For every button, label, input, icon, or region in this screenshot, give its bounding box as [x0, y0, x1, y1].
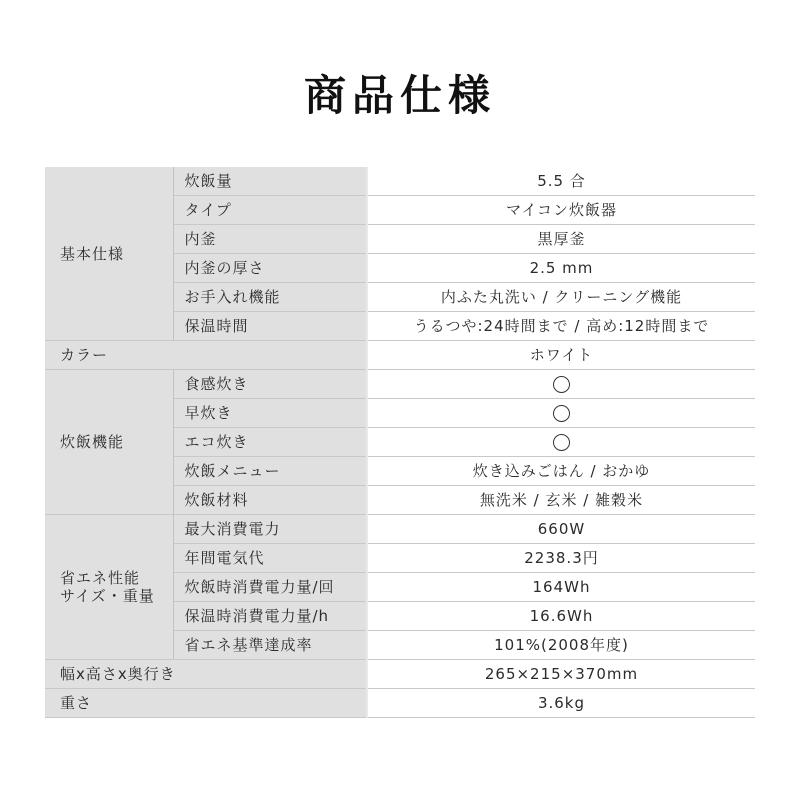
group-label-cooking: 炊飯機能 [45, 370, 173, 515]
circle-icon [553, 434, 570, 451]
row-label: 炊飯量 [173, 167, 367, 196]
row-value: うるつや:24時間まで / 高め:12時間まで [367, 312, 755, 341]
row-value: 炊き込みごはん / おかゆ [367, 457, 755, 486]
row-label: 早炊き [173, 399, 367, 428]
table-row: カラー ホワイト [45, 341, 755, 370]
group-label-energy: 省エネ性能 サイズ・重量 [45, 515, 173, 660]
row-label: 年間電気代 [173, 544, 367, 573]
table-row: 省エネ性能 サイズ・重量 最大消費電力 660W [45, 515, 755, 544]
row-label: 炊飯メニュー [173, 457, 367, 486]
circle-icon [553, 405, 570, 422]
row-value: 黒厚釜 [367, 225, 755, 254]
circle-icon [553, 376, 570, 393]
row-value-dimensions: 265×215×370mm [367, 660, 755, 689]
row-label: 保温時間 [173, 312, 367, 341]
row-label-weight: 重さ [45, 689, 367, 718]
row-label: 保温時消費電力量/h [173, 602, 367, 631]
row-label: エコ炊き [173, 428, 367, 457]
row-value: 内ふた丸洗い / クリーニング機能 [367, 283, 755, 312]
row-value: 164Wh [367, 573, 755, 602]
row-value-weight: 3.6kg [367, 689, 755, 718]
row-label: 炊飯時消費電力量/回 [173, 573, 367, 602]
row-value-color: ホワイト [367, 341, 755, 370]
row-value: 101%(2008年度) [367, 631, 755, 660]
table-row: 重さ 3.6kg [45, 689, 755, 718]
group-label-line: サイズ・重量 [60, 587, 173, 605]
row-value: 16.6Wh [367, 602, 755, 631]
row-label: 炊飯材料 [173, 486, 367, 515]
row-value [367, 370, 755, 399]
row-label: 食感炊き [173, 370, 367, 399]
row-label-dimensions: 幅x高さx奥行き [45, 660, 367, 689]
table-row: 炊飯機能 食感炊き [45, 370, 755, 399]
row-label: 最大消費電力 [173, 515, 367, 544]
table-row: 幅x高さx奥行き 265×215×370mm [45, 660, 755, 689]
page-title: 商品仕様 [0, 66, 800, 126]
group-label-line: 省エネ性能 [60, 569, 173, 587]
row-value: 660W [367, 515, 755, 544]
row-value: マイコン炊飯器 [367, 196, 755, 225]
row-value [367, 428, 755, 457]
row-value: 5.5 合 [367, 167, 755, 196]
row-value: 2238.3円 [367, 544, 755, 573]
spec-table: 基本仕様 炊飯量 5.5 合 タイプ マイコン炊飯器 内釜 黒厚釜 内釜の厚さ … [45, 167, 755, 718]
row-label: 内釜 [173, 225, 367, 254]
row-value: 無洗米 / 玄米 / 雑穀米 [367, 486, 755, 515]
row-label: タイプ [173, 196, 367, 225]
row-label: 省エネ基準達成率 [173, 631, 367, 660]
row-value [367, 399, 755, 428]
table-row: 基本仕様 炊飯量 5.5 合 [45, 167, 755, 196]
row-label: 内釜の厚さ [173, 254, 367, 283]
row-value: 2.5 mm [367, 254, 755, 283]
row-label-color: カラー [45, 341, 367, 370]
group-label-basic: 基本仕様 [45, 167, 173, 341]
row-label: お手入れ機能 [173, 283, 367, 312]
